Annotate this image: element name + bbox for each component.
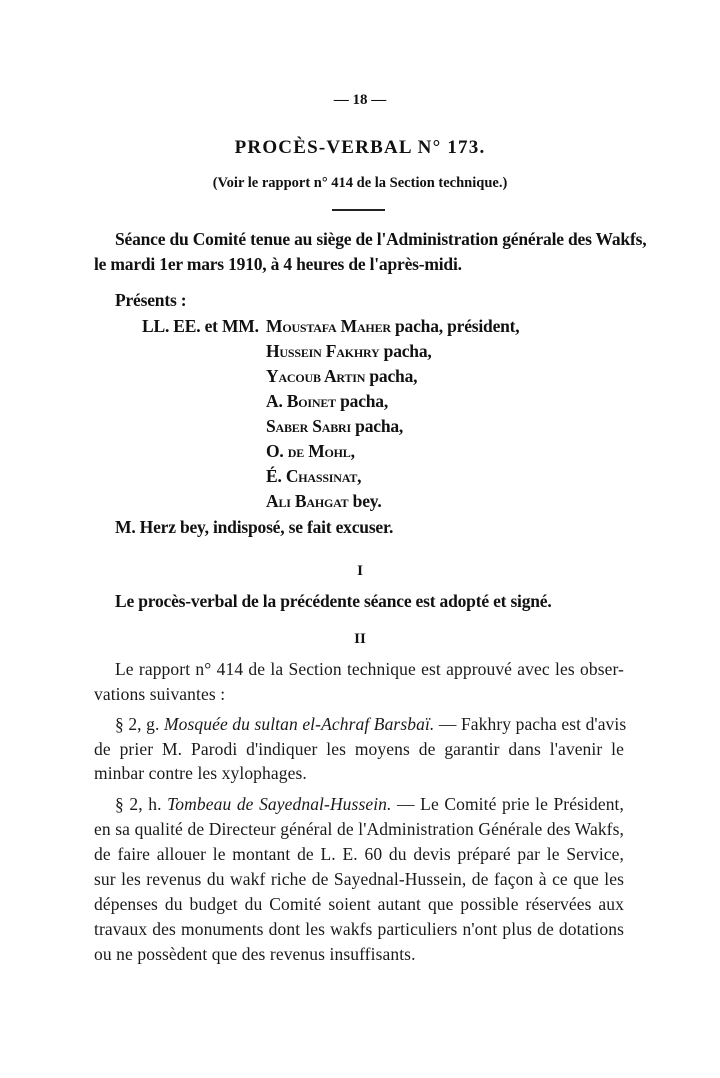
excused-note: M. Herz bey, indisposé, se fait excuser.	[115, 517, 393, 537]
member-row: Hussein Fakhry pacha,	[266, 341, 432, 361]
section-1-text: Le procès-verbal de la précédente séance…	[115, 591, 552, 611]
member-name: Ali Bahgat	[266, 491, 348, 511]
page-subtitle: (Voir le rapport n° 414 de la Section te…	[0, 173, 720, 193]
member-suffix: pacha,	[336, 391, 388, 411]
member-row: É. Chassinat,	[266, 466, 361, 486]
item-g-line-3: minbar contre les xylophages.	[94, 763, 624, 783]
section-2-line-1: Le rapport n° 414 de la Section techniqu…	[94, 659, 624, 679]
attendance-honorific: LL. EE. et MM.	[142, 316, 259, 336]
item-text: — Fakhry pacha est d'avis	[434, 714, 626, 734]
member-suffix: ,	[357, 466, 361, 486]
item-h-line-2: en sa qualité de Directeur général de l'…	[94, 819, 624, 839]
opening-line-2: le mardi 1er mars 1910, à 4 heures de l'…	[94, 254, 624, 274]
item-h-line-6: travaux des monuments dont les wakfs par…	[94, 919, 624, 939]
member-suffix: ,	[351, 441, 355, 461]
page-title: PROCÈS-VERBAL N° 173.	[0, 138, 720, 158]
section-2-line-2: vations suivantes :	[94, 684, 624, 704]
member-name: É. Chassinat	[266, 466, 357, 486]
attendance-label: Présents :	[115, 290, 186, 310]
item-text: — Le Comité prie le Président,	[392, 794, 624, 814]
member-suffix: pacha,	[351, 416, 403, 436]
member-suffix: bey.	[348, 491, 381, 511]
item-h-line-1: § 2, h. Tombeau de Sayednal-Hussein. — L…	[94, 794, 624, 814]
item-g-line-1: § 2, g. Mosquée du sultan el-Achraf Bars…	[94, 714, 624, 734]
member-name: Hussein Fakhry	[266, 341, 379, 361]
item-ref: § 2, h.	[115, 794, 162, 814]
item-ref: § 2, g.	[115, 714, 159, 734]
member-row: O. de Mohl,	[266, 441, 355, 461]
item-h-line-3: de faire allouer le montant de L. E. 60 …	[94, 844, 624, 864]
item-h-line-7: ou ne possèdent que des revenus insuffis…	[94, 944, 624, 964]
item-heading: Mosquée du sultan el-Achraf Barsbaï.	[164, 714, 434, 734]
member-name: Saber Sabri	[266, 416, 351, 436]
member-row: Ali Bahgat bey.	[266, 491, 382, 511]
member-suffix: pacha, président,	[391, 316, 520, 336]
member-row: Saber Sabri pacha,	[266, 416, 403, 436]
decorative-rule	[332, 209, 385, 211]
opening-line-1: Séance du Comité tenue au siège de l'Adm…	[94, 229, 624, 249]
item-g-line-2: de prier M. Parodi d'indiquer les moyens…	[94, 739, 624, 759]
item-h-line-4: sur les revenus du wakf riche de Sayedna…	[94, 869, 624, 889]
member-row: Yacoub Artin pacha,	[266, 366, 417, 386]
member-name: Yacoub Artin	[266, 366, 365, 386]
member-name: Moustafa Maher	[266, 316, 391, 336]
member-name: A. Boinet	[266, 391, 336, 411]
document-page: — 18 — PROCÈS-VERBAL N° 173. (Voir le ra…	[0, 0, 720, 1078]
page-number: — 18 —	[0, 90, 720, 110]
item-h-line-5: dépenses du budget du Comité soient auta…	[94, 894, 624, 914]
member-name: O. de Mohl	[266, 441, 351, 461]
member-row: A. Boinet pacha,	[266, 391, 388, 411]
section-numeral-2: II	[0, 629, 720, 649]
item-heading: Tombeau de Sayednal-Hussein.	[167, 794, 391, 814]
member-row: Moustafa Maher pacha, président,	[266, 316, 519, 336]
member-suffix: pacha,	[379, 341, 431, 361]
section-numeral-1: I	[0, 561, 720, 581]
member-suffix: pacha,	[365, 366, 417, 386]
